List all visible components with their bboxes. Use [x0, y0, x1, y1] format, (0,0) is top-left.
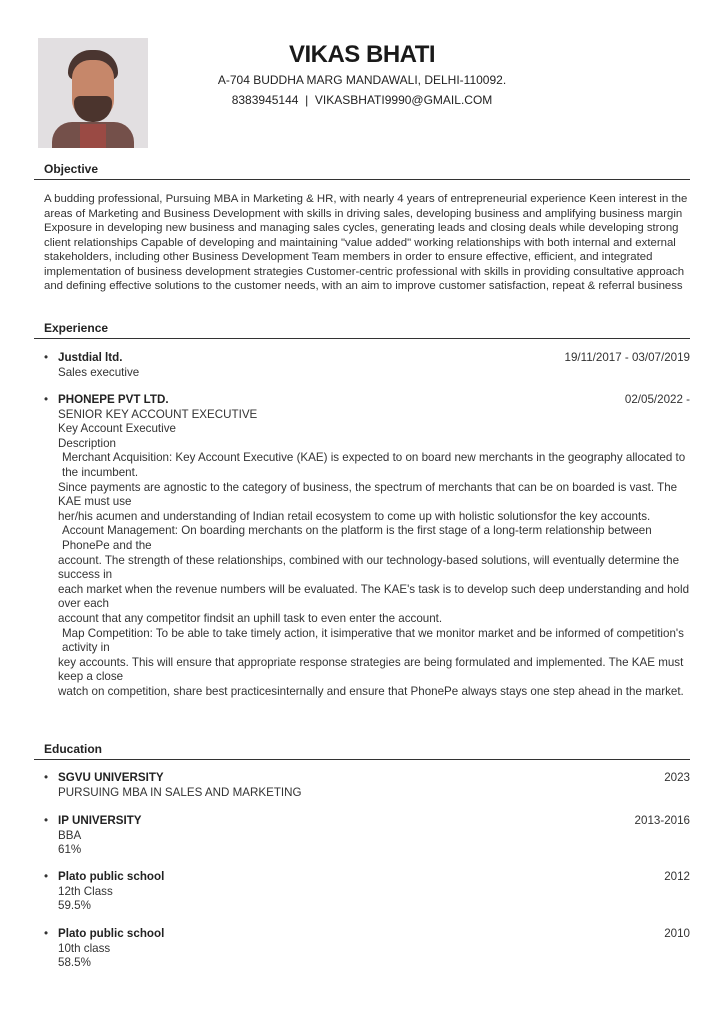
- bullet-icon: •: [44, 351, 48, 366]
- contact-separator: |: [305, 93, 308, 107]
- score: 58.5%: [58, 956, 690, 971]
- institution-name: IP UNIVERSITY: [58, 814, 690, 829]
- bullet-icon: •: [44, 927, 48, 942]
- description-line: her/his acumen and understanding of Indi…: [58, 510, 690, 525]
- score: 59.5%: [58, 899, 690, 914]
- degree: 12th Class: [58, 885, 690, 900]
- education-item: • SGVU UNIVERSITY PURSUING MBA IN SALES …: [44, 771, 690, 800]
- section-title-objective: Objective: [44, 162, 98, 176]
- description-line: Since payments are agnostic to the categ…: [58, 481, 690, 510]
- bullet-icon: •: [44, 393, 48, 408]
- resume-header: VIKAS BHATI A-704 BUDDHA MARG MANDAWALI,…: [160, 40, 564, 110]
- job-role: Key Account Executive: [58, 422, 690, 437]
- description-line: account that any competitor findsit an u…: [58, 612, 690, 627]
- employment-dates: 19/11/2017 - 03/07/2019: [565, 351, 691, 366]
- employment-dates: 02/05/2022 -: [625, 393, 690, 408]
- description-line: each market when the revenue numbers wil…: [58, 583, 690, 612]
- job-title: SENIOR KEY ACCOUNT EXECUTIVE: [58, 408, 690, 423]
- photo-shirt-shape: [80, 124, 106, 148]
- candidate-name: VIKAS BHATI: [160, 40, 564, 70]
- degree: 10th class: [58, 942, 690, 957]
- section-title-experience: Experience: [44, 321, 108, 335]
- institution-name: SGVU UNIVERSITY: [58, 771, 690, 786]
- section-divider: [34, 179, 690, 180]
- experience-item: • PHONEPE PVT LTD. SENIOR KEY ACCOUNT EX…: [44, 393, 690, 699]
- contact-line: 8383945144 | VIKASBHATI9990@GMAIL.COM: [160, 90, 564, 110]
- degree: BBA: [58, 829, 690, 844]
- company-name: PHONEPE PVT LTD.: [58, 393, 690, 408]
- bullet-icon: •: [44, 814, 48, 829]
- education-dates: 2010: [664, 927, 690, 942]
- education-item: • Plato public school 10th class 58.5% 2…: [44, 927, 690, 971]
- degree: PURSUING MBA IN SALES AND MARKETING: [58, 786, 690, 801]
- education-dates: 2013-2016: [635, 814, 690, 829]
- score: 61%: [58, 843, 690, 858]
- education-dates: 2023: [664, 771, 690, 786]
- photo-beard-shape: [74, 96, 112, 122]
- description-label: Description: [58, 437, 690, 452]
- objective-text: A budding professional, Pursuing MBA in …: [44, 192, 689, 294]
- description-line: account. The strength of these relations…: [58, 554, 690, 583]
- institution-name: Plato public school: [58, 870, 690, 885]
- job-title: Sales executive: [58, 366, 690, 381]
- email-address: VIKASBHATI9990@GMAIL.COM: [315, 93, 492, 107]
- education-dates: 2012: [664, 870, 690, 885]
- phone-number: 8383945144: [232, 93, 299, 107]
- section-divider: [34, 338, 690, 339]
- description-line: watch on competition, share best practic…: [58, 685, 690, 700]
- description-line: key accounts. This will ensure that appr…: [58, 656, 690, 685]
- address: A-704 BUDDHA MARG MANDAWALI, DELHI-11009…: [160, 70, 564, 90]
- description-line: Map Competition: To be able to take time…: [58, 627, 690, 656]
- description-line: Account Management: On boarding merchant…: [58, 524, 690, 553]
- institution-name: Plato public school: [58, 927, 690, 942]
- section-title-education: Education: [44, 742, 102, 756]
- education-item: • Plato public school 12th Class 59.5% 2…: [44, 870, 690, 914]
- experience-item: • Justdial ltd. Sales executive 19/11/20…: [44, 351, 690, 380]
- bullet-icon: •: [44, 771, 48, 786]
- description-line: Merchant Acquisition: Key Account Execut…: [58, 451, 690, 480]
- bullet-icon: •: [44, 870, 48, 885]
- education-item: • IP UNIVERSITY BBA 61% 2013-2016: [44, 814, 690, 858]
- profile-photo: [38, 38, 148, 148]
- section-divider: [34, 759, 690, 760]
